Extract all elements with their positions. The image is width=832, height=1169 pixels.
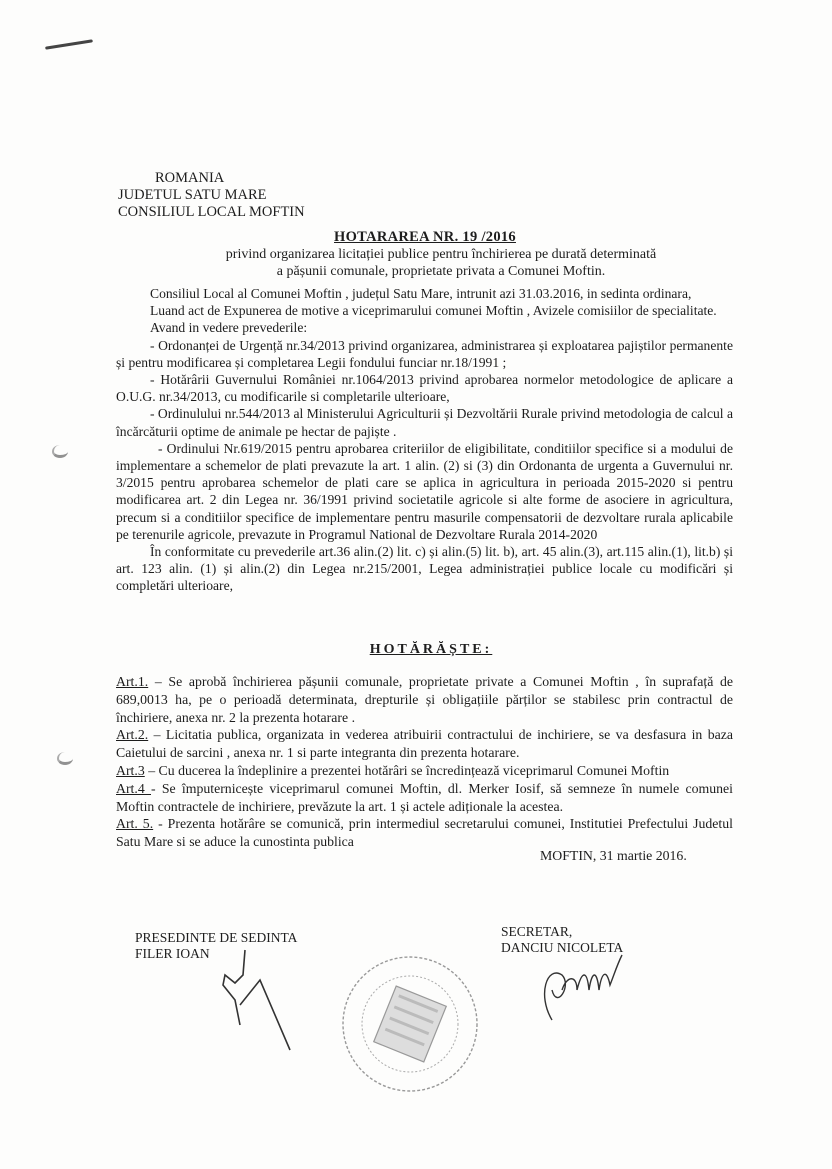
article-1: Art.1. – Se aprobă închirierea pășunii c… bbox=[116, 673, 733, 726]
article-5: Art. 5. - Prezenta hotărâre se comunică,… bbox=[116, 815, 733, 851]
article-2: Art.2. – Licitatia publica, organizata i… bbox=[116, 726, 733, 762]
articles: Art.1. – Se aprobă închirierea pășunii c… bbox=[116, 673, 733, 851]
punch-hole-mark bbox=[52, 445, 68, 458]
president-title: PRESEDINTE DE SEDINTA bbox=[135, 930, 297, 946]
legal-reference: - Ordinului Nr.619/2015 pentru aprobarea… bbox=[116, 440, 733, 543]
country: ROMANIA bbox=[118, 170, 305, 187]
county: JUDETUL SATU MARE bbox=[118, 187, 305, 204]
punch-hole-mark bbox=[57, 752, 73, 765]
place-date: MOFTIN, 31 martie 2016. bbox=[540, 848, 687, 864]
decree-heading: HOTĂRĂȘTE: bbox=[0, 640, 832, 658]
secretary-signature-icon bbox=[532, 945, 642, 1025]
legal-reference: - Ordinulului nr.544/2013 al Ministerulu… bbox=[116, 405, 733, 439]
decision-title: HOTARAREA NR. 19 /2016 bbox=[0, 228, 832, 246]
preamble-paragraph: Avand in vedere prevederile: bbox=[116, 319, 733, 336]
pen-mark bbox=[45, 39, 93, 49]
president-signature-icon bbox=[205, 945, 295, 1055]
decision-subtitle: privind organizarea licitației publice p… bbox=[0, 246, 832, 280]
legal-reference: - Ordonanței de Urgență nr.34/2013 privi… bbox=[116, 337, 733, 371]
issuer-header: ROMANIA JUDETUL SATU MARE CONSILIUL LOCA… bbox=[118, 170, 305, 221]
article-3: Art.3 – Cu ducerea la îndeplinire a prez… bbox=[116, 762, 733, 780]
council: CONSILIUL LOCAL MOFTIN bbox=[118, 204, 305, 221]
preamble-paragraph: Luand act de Expunerea de motive a vicep… bbox=[116, 302, 733, 319]
preamble-paragraph: Consiliul Local al Comunei Moftin , jude… bbox=[116, 285, 733, 302]
official-stamp-icon bbox=[335, 952, 485, 1097]
document-page: ROMANIA JUDETUL SATU MARE CONSILIUL LOCA… bbox=[0, 0, 832, 1169]
preamble: Consiliul Local al Comunei Moftin , jude… bbox=[116, 285, 733, 595]
secretary-title: SECRETAR, bbox=[501, 924, 623, 940]
legal-reference: - Hotărârii Guvernului României nr.1064/… bbox=[116, 371, 733, 405]
preamble-paragraph: În conformitate cu prevederile art.36 al… bbox=[116, 543, 733, 595]
article-4: Art.4 - Se împuternicește viceprimarul c… bbox=[116, 780, 733, 816]
